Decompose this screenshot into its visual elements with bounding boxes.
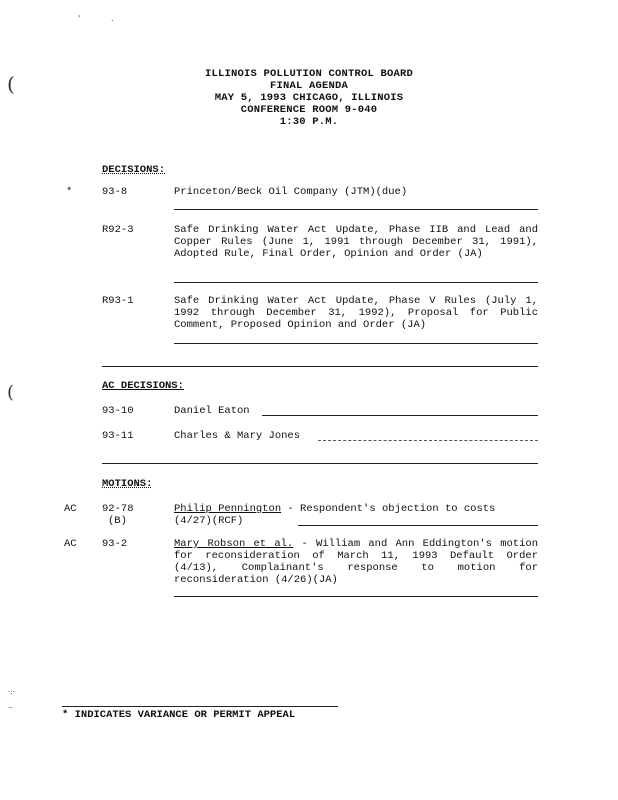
agenda-item-text: Safe Drinking Water Act Update, Phase V … [174, 295, 538, 331]
docket-number: 93-2 [102, 538, 127, 550]
agenda-title: FINAL AGENDA [0, 80, 618, 92]
document-page: ' . ( ( ·:· ·- ILLINOIS POLLUTION CONTRO… [0, 0, 618, 800]
party-name: Mary Robson et al. [174, 538, 293, 550]
agenda-item-text: Princeton/Beck Oil Company (JTM)(due) [174, 186, 407, 198]
section-title-motions: MOTIONS: [102, 478, 152, 490]
footnote-rule [62, 706, 338, 707]
section-divider [102, 366, 538, 367]
divider-line [174, 282, 538, 283]
docket-number: 93-8 [102, 186, 127, 198]
binding-mark: ( [7, 382, 14, 403]
meeting-room: CONFERENCE ROOM 9-040 [0, 104, 618, 116]
footnote: * INDICATES VARIANCE OR PERMIT APPEAL [62, 709, 295, 721]
scan-mark: ·:· [8, 688, 15, 696]
scan-mark: ·- [8, 704, 13, 712]
variance-marker: * [66, 186, 72, 198]
divider-line [262, 415, 538, 416]
divider-line [174, 343, 538, 344]
scan-mark: . [111, 14, 114, 23]
divider-line [318, 440, 538, 441]
divider-line [298, 525, 538, 526]
agenda-item-text: Daniel Eaton [174, 405, 250, 417]
docket-number: R92-3 [102, 224, 134, 236]
ac-marker: AC [64, 503, 77, 515]
board-name: ILLINOIS POLLUTION CONTROL BOARD [0, 68, 618, 80]
scan-mark: ' [78, 14, 80, 23]
docket-number: 92-78 [102, 503, 134, 515]
section-divider [102, 463, 538, 464]
docket-subnumber: (B) [108, 515, 127, 527]
agenda-item-text: Mary Robson et al. - William and Ann Edd… [174, 538, 538, 586]
meeting-time: 1:30 P.M. [0, 116, 618, 128]
meeting-date-location: MAY 5, 1993 CHICAGO, ILLINOIS [0, 92, 618, 104]
docket-number: R93-1 [102, 295, 134, 307]
agenda-item-text: Charles & Mary Jones [174, 430, 300, 442]
section-title-decisions: DECISIONS: [102, 164, 165, 176]
docket-number: 93-11 [102, 430, 134, 442]
agenda-item-text: Philip Pennington - Respondent's objecti… [174, 503, 504, 527]
ac-marker: AC [64, 538, 77, 550]
divider-line [174, 596, 538, 597]
divider-line [174, 209, 538, 210]
party-name: Philip Pennington [174, 503, 281, 515]
agenda-item-text: Safe Drinking Water Act Update, Phase II… [174, 224, 538, 260]
section-title-ac-decisions: AC DECISIONS: [102, 380, 184, 392]
docket-number: 93-10 [102, 405, 134, 417]
